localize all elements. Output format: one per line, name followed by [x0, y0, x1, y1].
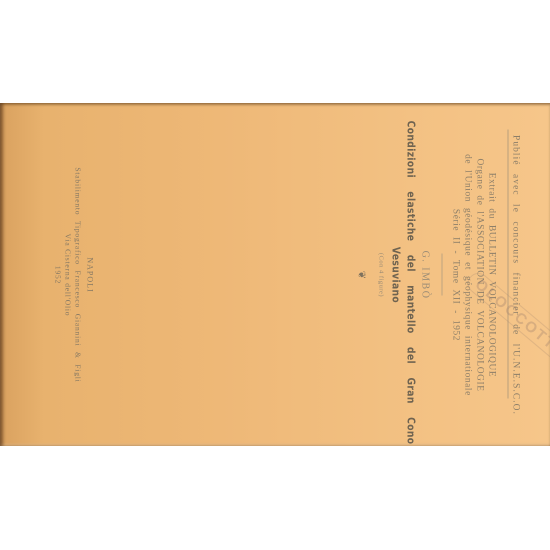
imprint-city: NAPOLI — [85, 103, 94, 446]
funding-note: Publié avec le concours financier de l'U… — [510, 103, 520, 446]
extract-line-1: Extrait du BULLETIN VOLCANOLOGIQUE — [486, 103, 496, 446]
document-sheet: Publié avec le concours financier de l'U… — [0, 103, 550, 446]
imprint-year: 1952 — [53, 103, 62, 446]
author-name: G. IMBÒ — [419, 103, 430, 446]
section-divider — [441, 253, 442, 295]
imprint-address: Via Cisterna dell'Olio — [63, 103, 72, 446]
figures-note: (Con 4 figure) — [377, 103, 384, 446]
title-line-2: Vesuviano — [389, 120, 400, 429]
funding-underline — [507, 129, 508, 398]
extract-line-4: Série II - Tome XII - 1952 — [450, 103, 460, 446]
ornament-icon: ❦ — [355, 103, 366, 446]
title-line-1: Condizioni elastiche del mantello del Gr… — [404, 120, 415, 429]
document-page: Publié avec le concours financier de l'U… — [0, 103, 550, 446]
imprint-printer: Stabilimento Tipografico Francesco Giann… — [73, 103, 82, 446]
